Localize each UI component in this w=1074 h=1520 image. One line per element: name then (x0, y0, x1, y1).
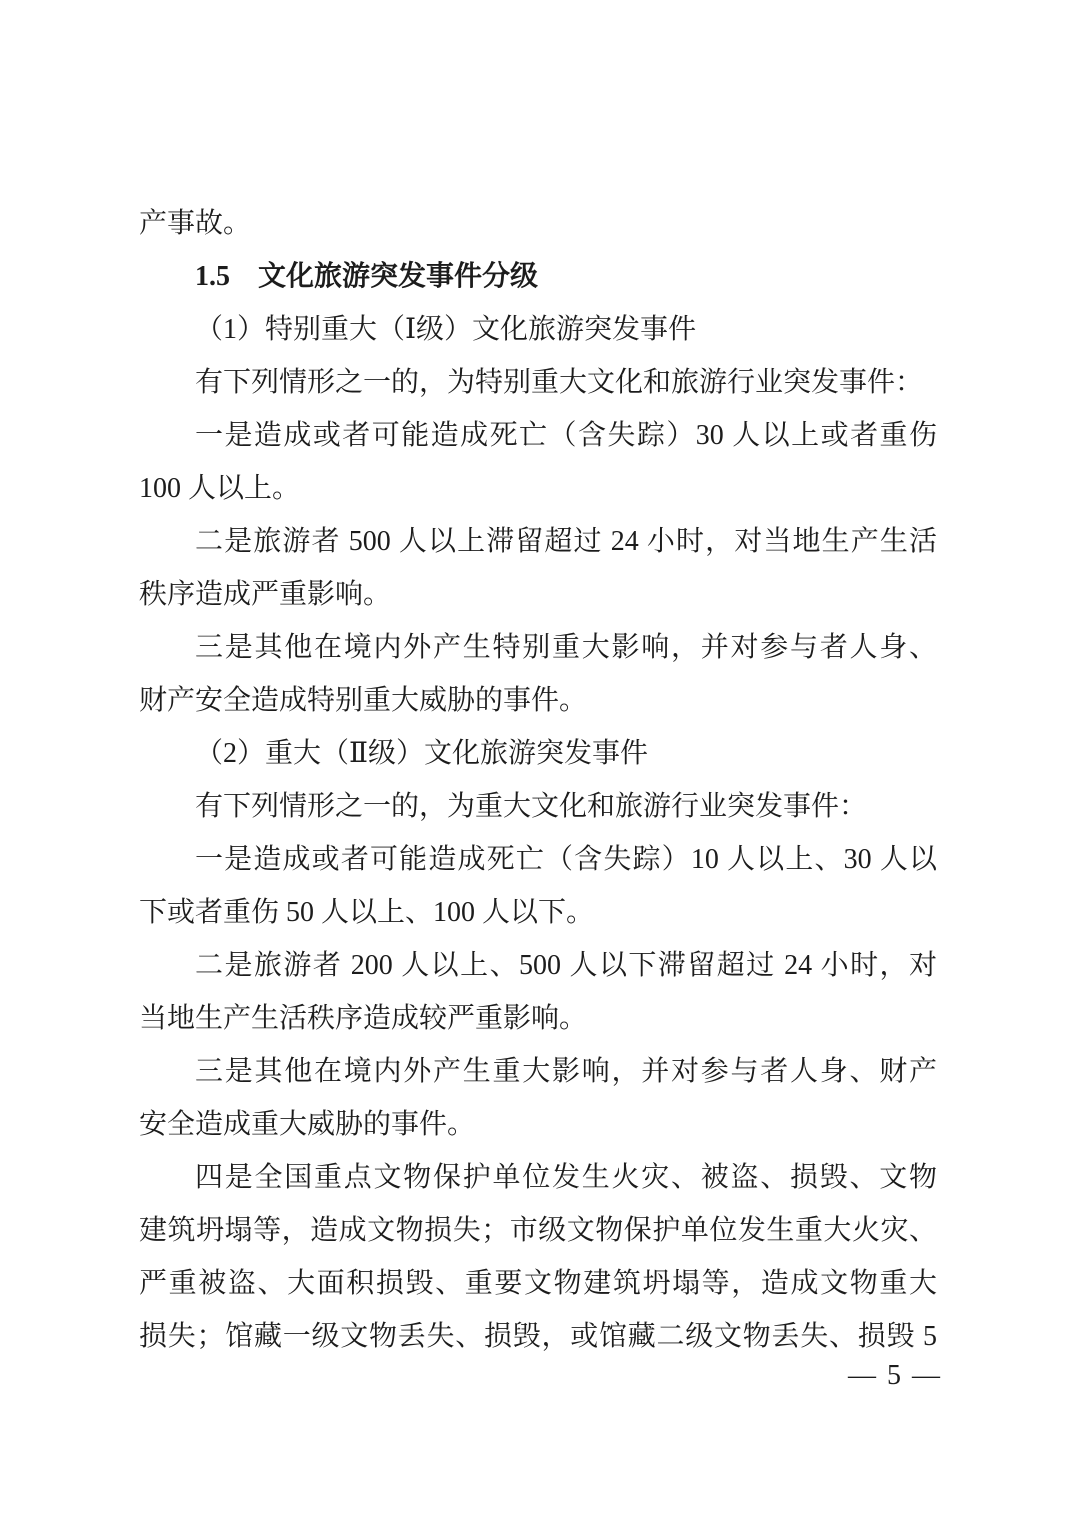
text-block: 产事故。 1.5 文化旅游突发事件分级 （1）特别重大（Ⅰ级）文化旅游突发事件 … (139, 197, 937, 1363)
doc-line: 财产安全造成特别重大威胁的事件。 (139, 674, 937, 727)
section-heading-1-5: 1.5 文化旅游突发事件分级 (139, 250, 937, 303)
page-number: — 5 — (848, 1352, 942, 1400)
doc-line: 有下列情形之一的，为特别重大文化和旅游行业突发事件： (139, 356, 937, 409)
doc-line: 下或者重伤 50 人以上、100 人以下。 (139, 886, 937, 939)
doc-line-paragraph-continuation: 产事故。 (139, 197, 937, 250)
doc-line: 一是造成或者可能造成死亡（含失踪）10 人以上、30 人以 (139, 833, 937, 886)
doc-line: 100 人以上。 (139, 462, 937, 515)
doc-line: 秩序造成严重影响。 (139, 568, 937, 621)
doc-line: 当地生产生活秩序造成较严重影响。 (139, 992, 937, 1045)
doc-line: 建筑坍塌等，造成文物损失；市级文物保护单位发生重大火灾、 (139, 1204, 937, 1257)
doc-line: 二是旅游者 500 人以上滞留超过 24 小时，对当地生产生活 (139, 515, 937, 568)
doc-line: 三是其他在境内外产生重大影响，并对参与者人身、财产 (139, 1045, 937, 1098)
doc-line: 损失；馆藏一级文物丢失、损毁，或馆藏二级文物丢失、损毁 5 (139, 1310, 937, 1363)
doc-line: 安全造成重大威胁的事件。 (139, 1098, 937, 1151)
doc-line: 有下列情形之一的，为重大文化和旅游行业突发事件： (139, 780, 937, 833)
doc-line: 四是全国重点文物保护单位发生火灾、被盗、损毁、文物 (139, 1151, 937, 1204)
doc-line-item-1-title: （1）特别重大（Ⅰ级）文化旅游突发事件 (139, 303, 937, 356)
doc-line: 严重被盗、大面积损毁、重要文物建筑坍塌等，造成文物重大 (139, 1257, 937, 1310)
document-page: 产事故。 1.5 文化旅游突发事件分级 （1）特别重大（Ⅰ级）文化旅游突发事件 … (0, 0, 1074, 1520)
doc-line: 三是其他在境内外产生特别重大影响，并对参与者人身、 (139, 621, 937, 674)
doc-line: 一是造成或者可能造成死亡（含失踪）30 人以上或者重伤 (139, 409, 937, 462)
doc-line: 二是旅游者 200 人以上、500 人以下滞留超过 24 小时，对 (139, 939, 937, 992)
doc-line-item-2-title: （2）重大（Ⅱ级）文化旅游突发事件 (139, 727, 937, 780)
